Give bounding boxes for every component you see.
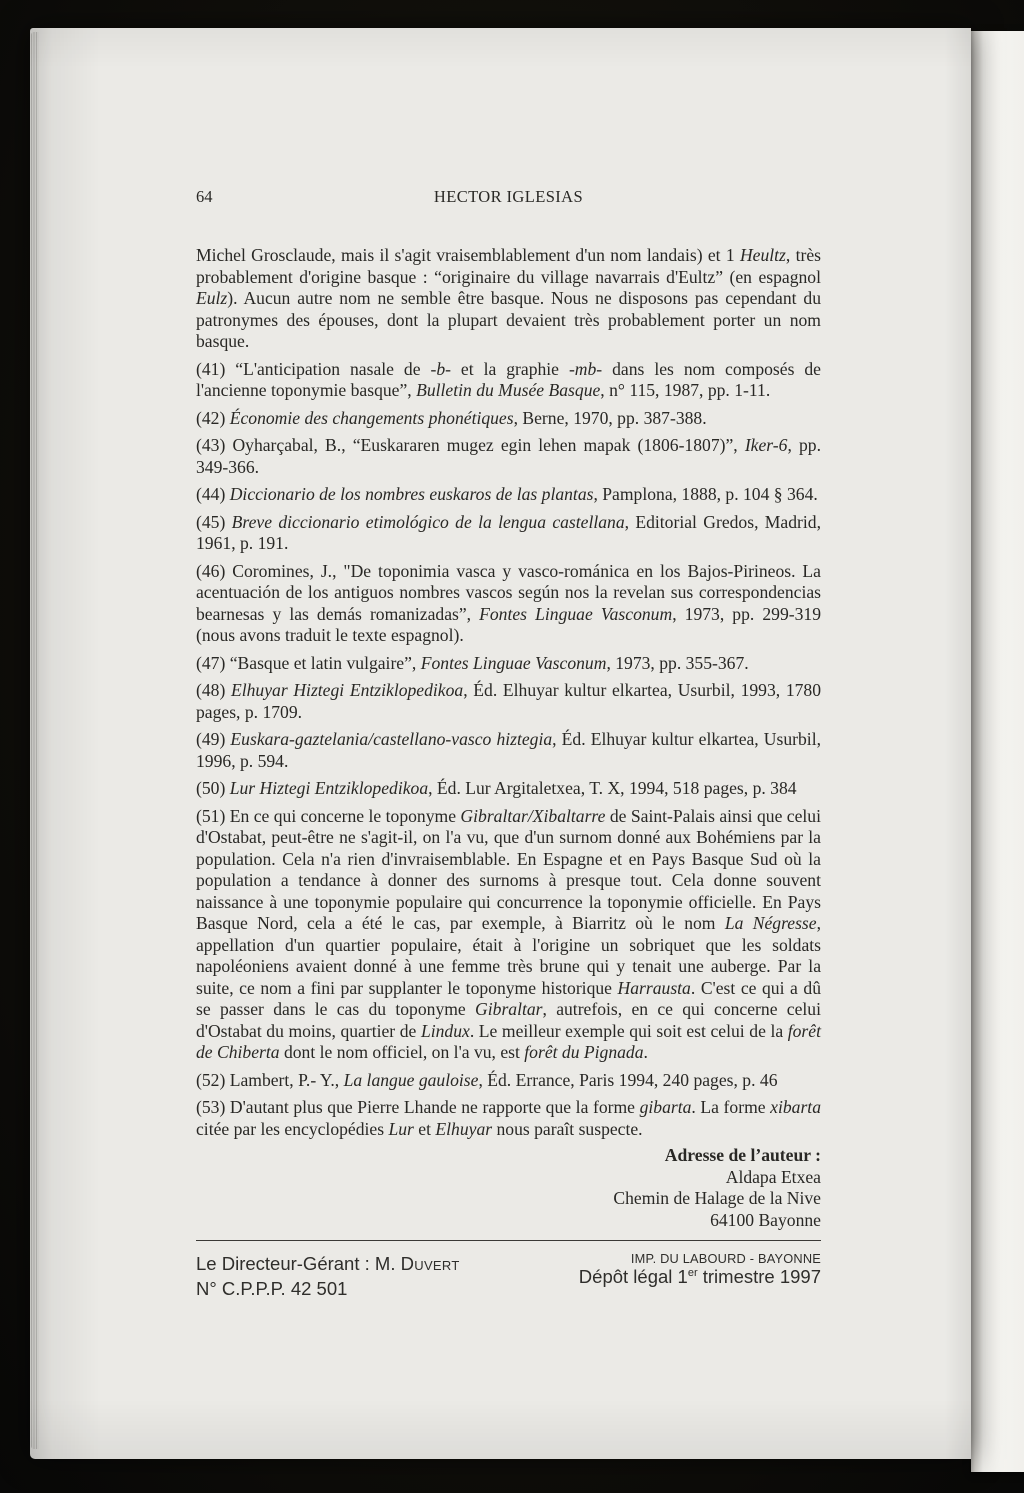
next-page-edge (971, 31, 1024, 1472)
cppp-line: N° C.P.P.P. 42 501 (196, 1276, 460, 1301)
footer: Le Directeur-Gérant : M. Duvert N° C.P.P… (196, 1251, 821, 1301)
paragraph: (41) “L'anticipation nasale de -b- et la… (196, 359, 821, 402)
paragraph: (43) Oyharçabal, B., “Euskararen mugez e… (196, 435, 821, 478)
address-block: Adresse de l’auteur : Aldapa Etxea Chemi… (196, 1145, 821, 1231)
legal-suffix: trimestre 1997 (698, 1266, 821, 1287)
printer-line: IMP. DU LABOURD - BAYONNE (579, 1251, 821, 1266)
address-title: Adresse de l’auteur : (196, 1145, 821, 1167)
paragraph: (45) Breve diccionario etimológico de la… (196, 512, 821, 555)
legal-line: Dépôt légal 1er trimestre 1997 (579, 1266, 821, 1288)
paragraph: Michel Grosclaude, mais il s'agit vraise… (196, 245, 821, 353)
director-line: Le Directeur-Gérant : M. Duvert (196, 1251, 460, 1276)
running-title: HECTOR IGLESIAS (196, 186, 821, 208)
address-line: Chemin de Halage de la Nive (196, 1188, 821, 1210)
book-page: 64 HECTOR IGLESIAS Michel Grosclaude, ma… (30, 28, 971, 1459)
paragraph: (47) “Basque et latin vulgaire”, Fontes … (196, 653, 821, 675)
legal-prefix: Dépôt légal 1 (579, 1266, 688, 1287)
page-edge-sheets (31, 32, 39, 1449)
text-block: 64 HECTOR IGLESIAS Michel Grosclaude, ma… (196, 186, 821, 1301)
director-prefix: Le Directeur-Gérant : M. (196, 1253, 401, 1274)
paragraph: (53) D'autant plus que Pierre Lhande ne … (196, 1097, 821, 1140)
address-line: Aldapa Etxea (196, 1167, 821, 1189)
paragraph: (42) Économie des changements phonétique… (196, 408, 821, 430)
paragraph: (48) Elhuyar Hiztegi Entziklopedikoa, Éd… (196, 680, 821, 723)
body-text: Michel Grosclaude, mais il s'agit vraise… (196, 245, 821, 1140)
paragraph: (51) En ce qui concerne le toponyme Gibr… (196, 806, 821, 1064)
footer-right: IMP. DU LABOURD - BAYONNE Dépôt légal 1e… (579, 1251, 821, 1288)
paragraph: (46) Coromines, J., "De toponimia vasca … (196, 561, 821, 647)
paragraph: (52) Lambert, P.- Y., La langue gauloise… (196, 1070, 821, 1092)
legal-superscript: er (688, 1267, 698, 1279)
footer-divider (196, 1240, 821, 1241)
page-number: 64 (196, 186, 213, 208)
footer-left: Le Directeur-Gérant : M. Duvert N° C.P.P… (196, 1251, 460, 1301)
page-head: 64 HECTOR IGLESIAS (196, 186, 821, 208)
paragraph: (50) Lur Hiztegi Entziklopedikoa, Éd. Lu… (196, 778, 821, 800)
paragraph: (49) Euskara-gaztelania/castellano-vasco… (196, 729, 821, 772)
paragraph: (44) Diccionario de los nombres euskaros… (196, 484, 821, 506)
director-name: Duvert (401, 1253, 460, 1274)
address-line: 64100 Bayonne (196, 1210, 821, 1232)
